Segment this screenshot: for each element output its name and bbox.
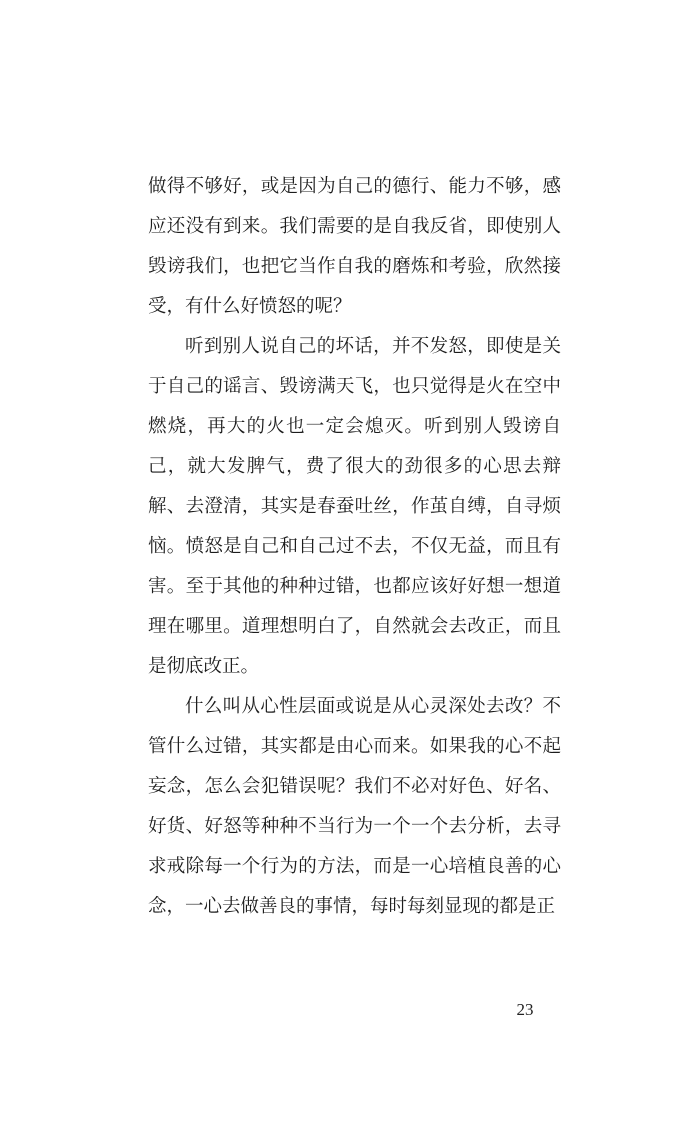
paragraph-1: 做得不够好，或是因为自己的德行、能力不够，感应还没有到来。我们需要的是自我反省，… — [148, 167, 561, 327]
page-number: 23 — [500, 1000, 550, 1020]
book-page: 做得不够好，或是因为自己的德行、能力不够，感应还没有到来。我们需要的是自我反省，… — [0, 0, 700, 1128]
paragraph-2: 听到别人说自己的坏话，并不发怒，即使是关于自己的谣言、毁谤满天飞，也只觉得是火在… — [148, 327, 561, 687]
body-text: 做得不够好，或是因为自己的德行、能力不够，感应还没有到来。我们需要的是自我反省，… — [148, 167, 561, 927]
paragraph-3: 什么叫从心性层面或说是从心灵深处去改？不管什么过错，其实都是由心而来。如果我的心… — [148, 687, 561, 927]
